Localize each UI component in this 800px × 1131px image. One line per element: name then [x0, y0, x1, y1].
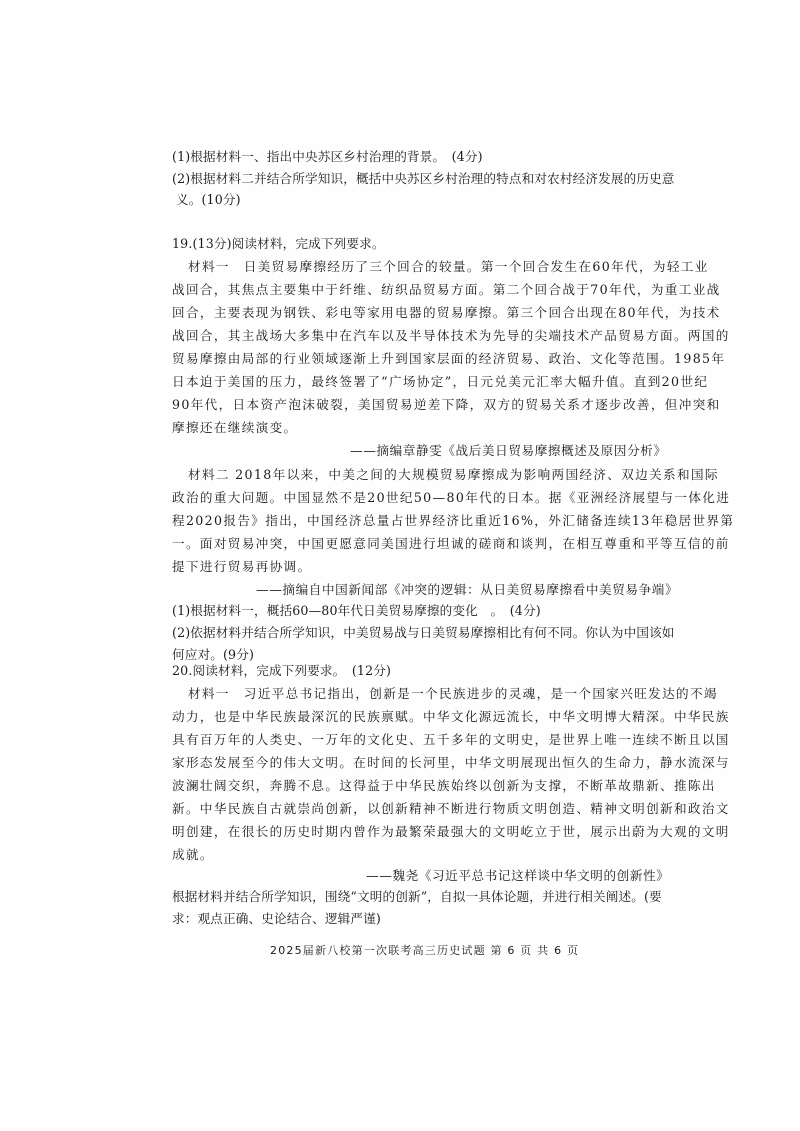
q19-subquestion-2-line2: 何应对。(9分) [172, 647, 634, 663]
q19-m2-line: 材料二 2018年以来，中美之间的大规模贸易摩擦成为影响两国经济、双边关系和国际 [188, 467, 634, 483]
q19-m1-line: 90年代，日本资产泡沫破裂，美国贸易逆差下降，双方的贸易关系才逐步改善，但冲突和 [172, 397, 634, 413]
q20-header: 20.阅读材料，完成下列要求。 (12分) [172, 663, 634, 679]
q20-m1-line: 成就。 [172, 847, 634, 863]
exam-page: (1)根据材料一、指出中央苏区乡村治理的背景。 (4分) (2)根据材料二并结合… [0, 0, 800, 1131]
q20-m1-line: 波澜壮阔交织，奔腾不息。这得益于中华民族始终以创新为支撑，不断革故鼎新、推陈出 [172, 778, 634, 794]
q19-subquestion-2-line1: (2)依据材料并结合所学知识，中美贸易战与日美贸易摩擦相比有何不同。你认为中国该… [172, 625, 634, 641]
q19-m2-line: 提下进行贸易再协调。 [172, 559, 634, 575]
q20-m1-source: ——魏尧《习近平总书记这样谈中华文明的创新性》 [366, 868, 669, 884]
q19-m1-line: 战回合，其焦点主要集中于纤维、纺织品贸易方面。第二个回合战于70年代，为重工业战 [172, 282, 634, 298]
q18-subquestion-1: (1)根据材料一、指出中央苏区乡村治理的背景。 (4分) [172, 149, 634, 165]
q20-task-line1: 根据材料并结合所学知识，围绕“文明的创新”，自拟一具体论题，并进行相关阐述。(要 [172, 889, 634, 905]
q19-m2-line: 政治的重大问题。中国显然不是20世纪50—80年代的日本。据《亚洲经济展望与一体… [172, 490, 634, 506]
q19-m1-source: ——摘编章静雯《战后美日贸易摩擦概述及原因分析》 [350, 443, 667, 459]
q19-m1-line: 战回合，其主战场大多集中在汽车以及半导体技术为先导的尖端技术产品贸易方面。两国的 [172, 328, 634, 344]
q19-m2-source: ——摘编自中国新闻部《冲突的逻辑：从日美贸易摩擦看中美贸易争端》 [256, 582, 678, 598]
q19-m2-line: 一。面对贸易冲突，中国更愿意同美国进行坦诚的磋商和谈判，在相互尊重和平等互信的前 [172, 536, 634, 552]
q19-subquestion-1: (1)根据材料一，概括60—80年代日美贸易摩擦的变化 。 (4分) [172, 603, 634, 619]
q19-m1-line: 日本迫于美国的压力，最终签署了“广场协定”，日元兑美元汇率大幅升值。直到20世纪 [172, 374, 634, 390]
q19-m1-line: 回合，主要表现为钢铁、彩电等家用电器的贸易摩擦。第三个回合出现在80年代，为技术 [172, 305, 634, 321]
q20-m1-line: 动力，也是中华民族最深沉的民族禀赋。中华文化源远流长，中华文明博大精深。中华民族 [172, 709, 634, 725]
q20-m1-line: 材料一 习近平总书记指出，创新是一个民族进步的灵魂，是一个国家兴旺发达的不竭 [188, 686, 634, 702]
q19-header: 19.(13分)阅读材料，完成下列要求。 [172, 236, 634, 252]
page-footer: 2025届新八校第一次联考高三历史试题 第 6 页 共 6 页 [270, 944, 570, 958]
q20-task-line2: 求：观点正确、史论结合、逻辑严谨) [172, 911, 634, 927]
q20-m1-line: 具有百万年的人类史、一万年的文化史、五千多年的文明史，是世界上唯一连续不断且以国 [172, 732, 634, 748]
q19-m1-line: 材料一 日美贸易摩擦经历了三个回合的较量。第一个回合发生在60年代，为轻工业 [188, 259, 634, 275]
q19-m1-line: 贸易摩擦由局部的行业领域逐渐上升到国家层面的经济贸易、政治、文化等范围。1985… [172, 351, 634, 367]
q20-m1-line: 新。中华民族自古就崇尚创新，以创新精神不断进行物质文明创造、精神文明创新和政治文 [172, 801, 634, 817]
q20-m1-line: 家形态发展至今的伟大文明。在时间的长河里，中华文明展现出恒久的生命力，静水流深与 [172, 755, 634, 771]
q18-subquestion-2-line2: 义。(10分) [176, 192, 638, 208]
q19-m2-line: 程2020报告》指出，中国经济总量占世界经济比重近16%，外汇储备连续13年稳居… [172, 513, 634, 529]
q19-m1-line: 摩擦还在继续演变。 [172, 420, 634, 436]
q20-m1-line: 明创建，在很长的历史时期内曾作为最繁荣最强大的文明屹立于世，展示出蔚为大观的文明 [172, 824, 634, 840]
q18-subquestion-2-line1: (2)根据材料二并结合所学知识，概括中央苏区乡村治理的特点和对农村经济发展的历史… [172, 171, 634, 187]
